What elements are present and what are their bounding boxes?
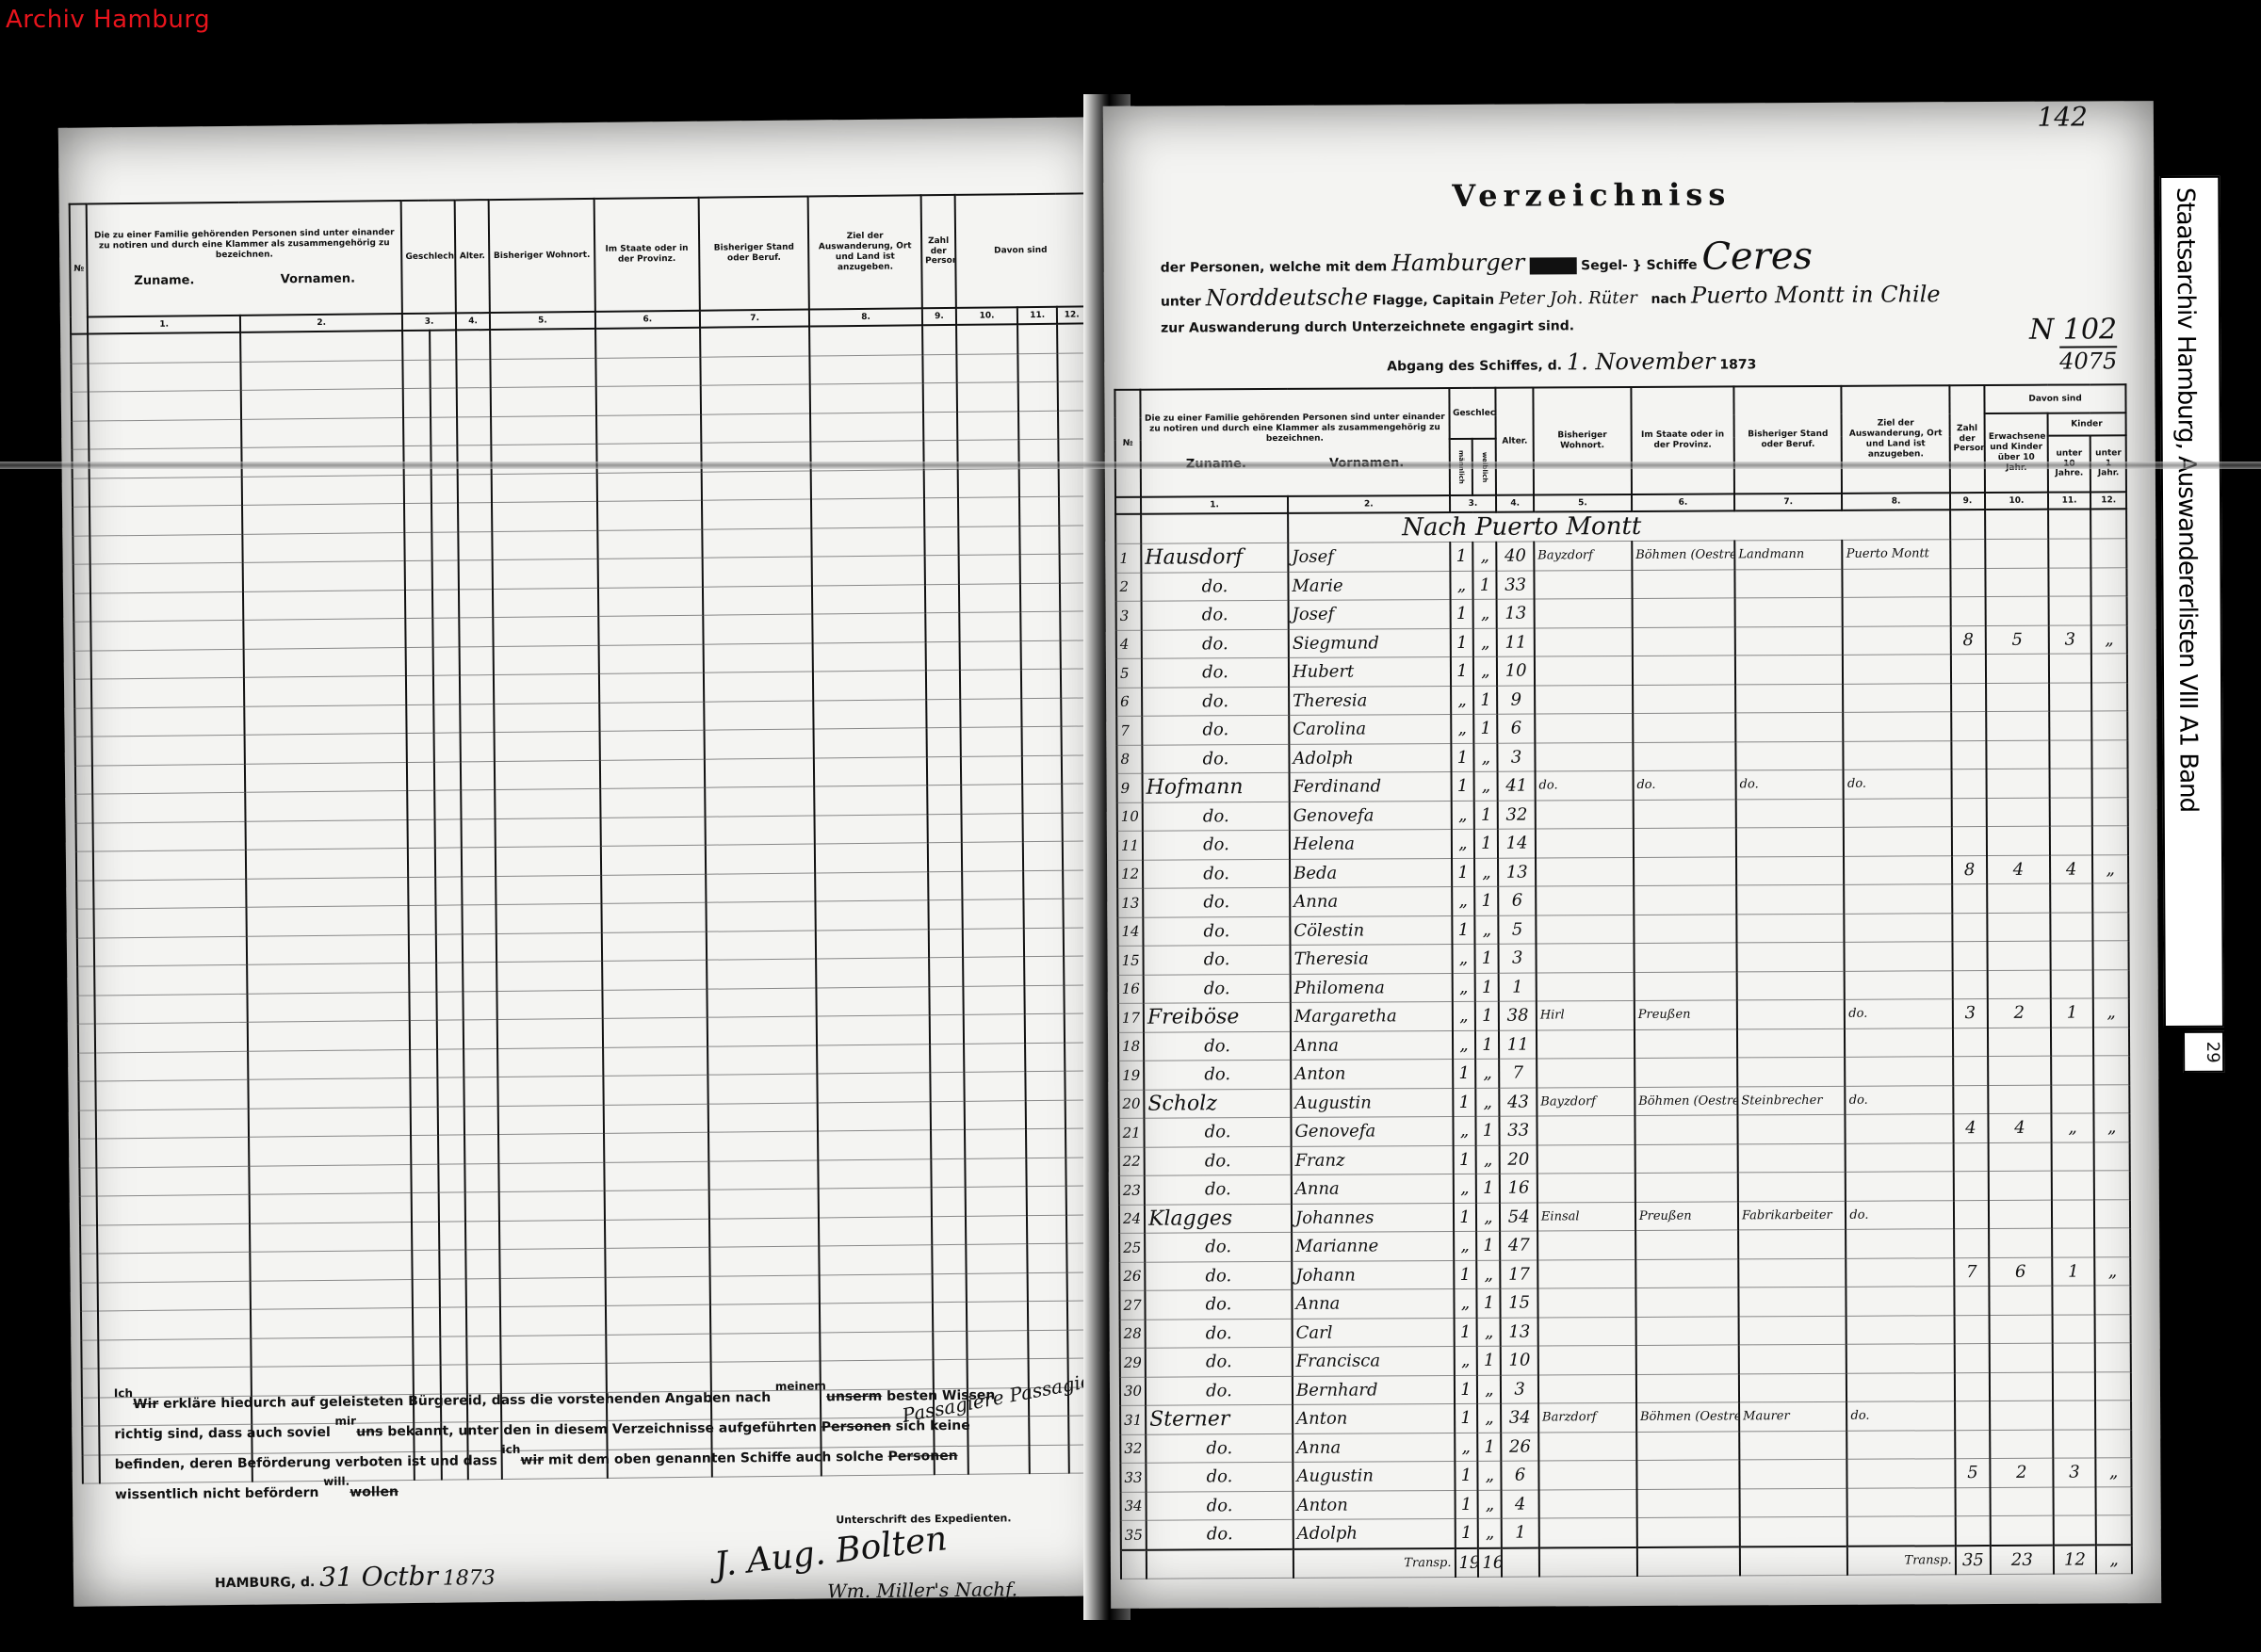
- engagement-line: zur Auswanderung durch Unterzeichnete en…: [1161, 318, 1574, 335]
- age: 6: [1499, 886, 1537, 915]
- blank-cell: [704, 672, 814, 702]
- persons-count: [1952, 827, 1988, 856]
- blank-cell: [813, 613, 926, 643]
- destination: [1845, 1028, 1953, 1057]
- surname: do.: [1147, 1491, 1293, 1520]
- blank-cell: [436, 1020, 464, 1049]
- blank-cell: [959, 555, 1020, 584]
- given-name: Margaretha: [1291, 1002, 1453, 1031]
- blank-cell: [705, 729, 815, 759]
- surname: do.: [1146, 1319, 1293, 1348]
- row-number: 24: [1119, 1205, 1145, 1234]
- blank-cell: [491, 358, 596, 388]
- row-number: 19: [1118, 1061, 1144, 1090]
- blank-cell: [705, 786, 815, 817]
- adults-count: [1991, 1487, 2054, 1516]
- blank-cell: [606, 1304, 711, 1335]
- blank-cell: [816, 900, 929, 931]
- occupation: [1739, 1316, 1847, 1345]
- blank-cell: [435, 876, 463, 905]
- given-name: Theresia: [1289, 686, 1451, 715]
- persons-count: 8: [1952, 855, 1988, 884]
- blank-cell: [810, 354, 923, 384]
- blank-cell: [73, 564, 91, 593]
- state: [1635, 1288, 1738, 1317]
- blank-cell: [932, 1244, 967, 1273]
- colnum: 5.: [1534, 494, 1632, 512]
- decl-uns: uns: [356, 1424, 382, 1439]
- blank-cell: [1023, 899, 1064, 928]
- blank-cell: [93, 879, 246, 909]
- residence: Barzdorf: [1538, 1402, 1636, 1432]
- persons-count: [1953, 1142, 1989, 1172]
- given-name: Johann: [1292, 1260, 1454, 1289]
- blank-cell: [602, 960, 708, 990]
- blank-cell: [705, 757, 815, 787]
- blank-cell: [89, 362, 241, 392]
- blank-cell: [79, 1109, 97, 1139]
- adults-count: [1988, 1056, 2051, 1085]
- under1-count: [2093, 969, 2129, 998]
- blank-cell: [411, 1107, 438, 1136]
- colnum: 10.: [1985, 493, 2048, 510]
- female-count: „: [1473, 599, 1497, 628]
- blank-cell: [819, 1216, 932, 1246]
- surname: do.: [1144, 1031, 1291, 1061]
- age: 33: [1500, 1116, 1537, 1145]
- blank-cell: [1019, 526, 1060, 555]
- blank-cell: [814, 756, 927, 786]
- blank-cell: [595, 357, 701, 387]
- blank-cell: [413, 1336, 440, 1366]
- blank-cell: [967, 1302, 1028, 1331]
- blank-cell: [1017, 353, 1058, 382]
- given-name: Anna: [1291, 1030, 1453, 1060]
- blank-cell: [93, 850, 246, 880]
- blank-cell: [244, 647, 406, 677]
- row-number: 33: [1120, 1463, 1146, 1492]
- blank-cell: [965, 1100, 1026, 1129]
- persons-count: [1952, 913, 1988, 942]
- blank-cell: [1019, 468, 1060, 497]
- male-count: „: [1451, 714, 1474, 743]
- blank-cell: [929, 986, 964, 1015]
- surname: do.: [1142, 715, 1289, 744]
- blank-cell: [434, 848, 462, 877]
- blank-cell: [595, 328, 701, 358]
- blank-cell: [1019, 496, 1060, 526]
- signature-sub: Wm. Miller's Nachf.: [827, 1578, 1017, 1602]
- blank-cell: [90, 562, 243, 592]
- male-count: „: [1451, 686, 1474, 715]
- blank-cell: [967, 1272, 1028, 1302]
- blank-cell: [241, 417, 403, 447]
- female-count: „: [1478, 1461, 1502, 1490]
- adults-count: [1988, 941, 2051, 970]
- blank-cell: [815, 843, 928, 873]
- persons-count: 5: [1955, 1459, 1991, 1488]
- blank-cell: [412, 1164, 439, 1193]
- totals-under1: „: [2096, 1545, 2132, 1574]
- occupation: [1738, 1229, 1846, 1258]
- departure-year: 1873: [1719, 357, 1756, 372]
- adults-count: [1986, 683, 2049, 712]
- occupation: [1739, 1431, 1847, 1460]
- blank-cell: [929, 957, 964, 986]
- age: 15: [1501, 1288, 1538, 1318]
- blank-cell: [924, 526, 959, 556]
- totals-persons: 35: [1956, 1546, 1992, 1575]
- blank-cell: [928, 842, 963, 871]
- blank-cell: [465, 1250, 500, 1279]
- blank-cell: [413, 1307, 440, 1336]
- blank-cell: [601, 874, 707, 904]
- row-number: 2: [1115, 573, 1141, 602]
- flag-line: unter Norddeutsche Flagge, Capitain Pete…: [1161, 281, 1941, 311]
- blank-cell: [430, 359, 457, 388]
- under10-count: [2050, 883, 2093, 913]
- blank-cell: [247, 934, 409, 964]
- blank-cell: [961, 785, 1022, 814]
- blank-cell: [250, 1164, 412, 1194]
- blank-cell: [407, 790, 434, 819]
- empty-cell: [1539, 1547, 1637, 1577]
- residence: [1537, 1058, 1635, 1087]
- blank-cell: [496, 932, 602, 963]
- blank-cell: [603, 1075, 708, 1105]
- blank-cell: [464, 1048, 498, 1077]
- blank-cell: [606, 1334, 711, 1364]
- under1-count: [2091, 682, 2127, 711]
- destination: [1843, 597, 1951, 626]
- persons-count: [1954, 1344, 1990, 1373]
- blank-cell: [244, 676, 406, 706]
- destination: do.: [1846, 1085, 1954, 1114]
- residence: Bayzdorf: [1537, 1087, 1635, 1116]
- blank-cell: [98, 1252, 251, 1282]
- given-name: Marie: [1288, 571, 1450, 600]
- col-occupation: Bisheriger Stand oder Beruf.: [1733, 386, 1842, 494]
- blank-cell: [597, 529, 703, 559]
- blank-cell: [72, 392, 89, 421]
- surname: do.: [1143, 830, 1290, 859]
- blank-cell: [94, 964, 247, 995]
- row-number: 1: [1115, 543, 1141, 573]
- departure-line: Abgang des Schiffes, d. 1. November 1873: [1387, 348, 1756, 376]
- blank-cell: [927, 756, 962, 786]
- ship-type: Segel-: [1581, 258, 1628, 273]
- colnum: 6.: [595, 311, 701, 329]
- colnum: 11.: [2048, 492, 2091, 509]
- blank-cell: [404, 445, 431, 475]
- surname: do.: [1142, 687, 1289, 716]
- blank-cell: [705, 815, 815, 845]
- blank-cell: [432, 589, 460, 618]
- male-count: 1: [1454, 1318, 1477, 1347]
- residence: [1537, 972, 1635, 1001]
- col-persons: Zahl der Personen.: [920, 195, 956, 308]
- blank-cell: [461, 761, 496, 790]
- blank-cell: [926, 670, 961, 699]
- female-count: 1: [1475, 944, 1499, 973]
- persons-count: [1952, 942, 1988, 971]
- blank-cell: [707, 987, 817, 1017]
- female-count: 1: [1476, 1116, 1500, 1145]
- col-occupation: Bisheriger Stand oder Beruf.: [699, 197, 810, 311]
- blank-cell: [77, 995, 95, 1024]
- blank-cell: [80, 1224, 98, 1254]
- under1-count: [2091, 596, 2127, 625]
- age: 7: [1500, 1059, 1537, 1088]
- under10-count: [2051, 1084, 2094, 1113]
- blank-cell: [967, 1330, 1028, 1359]
- blank-cell: [438, 1192, 465, 1222]
- occupation: [1736, 856, 1845, 885]
- given-name: Marianne: [1292, 1231, 1454, 1260]
- blank-cell: [438, 1135, 465, 1164]
- blank-cell: [436, 991, 464, 1020]
- blank-cell: [710, 1332, 821, 1362]
- blank-cell: [435, 933, 463, 963]
- blank-cell: [97, 1223, 250, 1254]
- blank-cell: [815, 814, 928, 844]
- age: 32: [1498, 801, 1536, 830]
- blank-cell: [81, 1282, 99, 1311]
- blank-cell: [924, 497, 959, 526]
- blank-cell: [75, 766, 93, 795]
- occupation: [1735, 712, 1844, 741]
- state: [1637, 1517, 1740, 1547]
- blank-cell: [251, 1336, 413, 1367]
- persons-count: [1950, 540, 1986, 569]
- blank-cell: [496, 961, 602, 991]
- adults-count: [1990, 1372, 2053, 1401]
- blank-cell: [245, 791, 407, 821]
- colnum: 7.: [1734, 494, 1842, 511]
- blank-cell: [961, 755, 1022, 785]
- blank-cell: [598, 644, 704, 674]
- blank-cell: [461, 818, 496, 848]
- destination: do.: [1846, 1401, 1955, 1431]
- col-residence: Bisheriger Wohnort.: [489, 199, 595, 313]
- blank-cell: [702, 471, 812, 501]
- destination: [1844, 855, 1952, 884]
- blank-cell: [408, 848, 435, 877]
- blank-cell: [1022, 784, 1063, 813]
- colnum: 9.: [922, 308, 957, 325]
- row-number: 3: [1116, 601, 1142, 630]
- blank-cell: [601, 931, 707, 962]
- given-name: Siegmund: [1289, 628, 1451, 657]
- age: 34: [1501, 1403, 1538, 1433]
- blank-cell: [496, 788, 601, 818]
- blank-cell: [957, 382, 1018, 412]
- state: [1635, 971, 1737, 1000]
- under1-count: [2095, 1314, 2131, 1343]
- col-of-which: Davon sind: [955, 193, 1086, 307]
- adults-count: 2: [1991, 1458, 2054, 1487]
- blank-cell: [809, 325, 922, 355]
- blank-cell: [1024, 985, 1065, 1014]
- blank-cell: [406, 647, 433, 676]
- blank-cell: [819, 1188, 932, 1218]
- blank-cell: [922, 354, 957, 383]
- blank-cell: [604, 1190, 709, 1220]
- under1-count: [2093, 912, 2129, 941]
- female-count: 1: [1477, 1288, 1501, 1318]
- blank-cell: [462, 905, 496, 934]
- under10-count: 3: [2048, 624, 2091, 654]
- given-name: Helena: [1290, 830, 1452, 859]
- surname: do.: [1143, 916, 1290, 946]
- male-count: „: [1452, 1001, 1475, 1030]
- ship-name: Ceres: [1701, 235, 1813, 279]
- row-number: 27: [1119, 1290, 1145, 1320]
- given-name: Francisca: [1293, 1346, 1455, 1375]
- blank-cell: [92, 792, 245, 822]
- blank-cell: [496, 875, 601, 905]
- adults-count: [1989, 1228, 2052, 1257]
- age: 1: [1502, 1518, 1539, 1547]
- surname: do.: [1146, 1462, 1293, 1491]
- blank-cell: [957, 411, 1018, 440]
- adults-count: [1986, 654, 2049, 683]
- blank-cell: [80, 1196, 98, 1225]
- blank-cell: [1020, 554, 1061, 583]
- blank-cell: [922, 382, 957, 412]
- decl-wir: Wir: [133, 1397, 158, 1412]
- age: 16: [1500, 1174, 1537, 1203]
- blank-cell: [73, 536, 90, 565]
- under10-count: [2051, 1171, 2094, 1200]
- blank-cell: [439, 1221, 466, 1250]
- row-number: 20: [1118, 1090, 1144, 1119]
- col-age: Alter.: [455, 200, 491, 313]
- departure-label: Abgang des Schiffes, d.: [1387, 358, 1562, 374]
- blank-cell: [95, 1022, 248, 1052]
- blank-cell: [497, 1018, 603, 1048]
- blank-cell: [1026, 1128, 1066, 1158]
- blank-cell: [75, 794, 93, 823]
- male-count: 1: [1451, 743, 1474, 772]
- persons-count: [1951, 769, 1987, 799]
- blank-cell: [89, 419, 241, 449]
- occupation: do.: [1736, 769, 1845, 799]
- under1-count: „: [2094, 1113, 2130, 1142]
- blank-cell: [402, 331, 430, 360]
- persons-count: [1955, 1401, 1991, 1431]
- colnum: 8.: [809, 308, 922, 326]
- state: Böhmen (Oestreich): [1636, 1402, 1739, 1432]
- blank-cell: [814, 699, 927, 729]
- occupation: Maurer: [1739, 1401, 1847, 1431]
- decl-meinem: meinem: [775, 1379, 826, 1393]
- blank-cell: [242, 504, 404, 534]
- state: [1636, 1431, 1739, 1460]
- adults-count: [1988, 1028, 2051, 1057]
- blank-cell: [241, 389, 403, 419]
- residence: Einsal: [1537, 1202, 1635, 1231]
- col-family-note: Die zu einer Familie gehörenden Personen…: [1140, 388, 1449, 497]
- occupation: [1735, 655, 1844, 684]
- under1-count: [2091, 539, 2127, 568]
- blank-cell: [495, 731, 600, 761]
- female-count: 1: [1475, 1030, 1499, 1060]
- blank-cell: [456, 330, 491, 359]
- blank-cell: [1021, 669, 1062, 698]
- residence: [1537, 1288, 1635, 1317]
- decl-ich: Ich: [114, 1386, 133, 1400]
- age: 3: [1498, 743, 1536, 772]
- under1-count: [2092, 826, 2128, 855]
- male-count: „: [1453, 1174, 1476, 1203]
- row-number: 17: [1118, 1003, 1144, 1032]
- female-count: 1: [1474, 714, 1498, 743]
- blank-cell: [92, 735, 245, 765]
- blank-cell: [812, 556, 925, 586]
- row-number: 21: [1118, 1118, 1144, 1147]
- state: [1634, 943, 1736, 972]
- adults-count: [1990, 1430, 2053, 1459]
- destination: [1846, 1142, 1954, 1172]
- male-count: 1: [1454, 1375, 1477, 1404]
- adults-count: [1987, 913, 2050, 942]
- blank-cell: [405, 590, 432, 619]
- blank-cell: [925, 641, 960, 671]
- blank-cell: [1058, 323, 1087, 352]
- row-number: 23: [1119, 1175, 1145, 1205]
- under1-count: [2095, 1343, 2131, 1372]
- col-state: Im Staate oder in der Provinz.: [1631, 386, 1734, 494]
- row-number: 26: [1119, 1262, 1145, 1291]
- occupation: [1735, 741, 1844, 770]
- persons-count: [1955, 1516, 1991, 1546]
- residence: [1538, 1345, 1636, 1374]
- decl-wir2: wir: [520, 1453, 544, 1468]
- blank-cell: [89, 390, 241, 420]
- female-count: 1: [1474, 686, 1498, 715]
- blank-cell: [959, 583, 1020, 612]
- age: 40: [1497, 542, 1535, 571]
- blank-cell: [1025, 1071, 1065, 1100]
- blank-cell: [958, 497, 1019, 526]
- under10-count: [2051, 1056, 2094, 1085]
- family-note-text: Die zu einer Familie gehörenden Personen…: [90, 228, 398, 262]
- under10-count: [2053, 1515, 2096, 1545]
- blank-cell: [94, 936, 247, 966]
- list-number: N 102: [2029, 313, 2117, 346]
- blank-cell: [602, 1017, 708, 1047]
- persons-count: [1951, 655, 1987, 684]
- blank-cell: [466, 1336, 501, 1365]
- under1-count: [2093, 941, 2129, 970]
- colnum: 11.: [1017, 307, 1058, 324]
- blank-cell: [79, 1167, 97, 1196]
- blank-cell: [96, 1137, 249, 1167]
- blank-cell: [73, 507, 90, 536]
- blank-cell: [499, 1220, 605, 1250]
- row-number: 28: [1120, 1320, 1146, 1349]
- blank-cell: [956, 324, 1017, 354]
- blank-cell: [244, 705, 406, 735]
- residence: [1537, 1144, 1635, 1174]
- blank-cell: [966, 1187, 1027, 1216]
- state: [1634, 799, 1736, 828]
- blank-cell: [923, 469, 958, 498]
- blank-cell: [431, 560, 459, 590]
- blank-cell: [250, 1250, 412, 1280]
- blank-cell: [247, 906, 409, 936]
